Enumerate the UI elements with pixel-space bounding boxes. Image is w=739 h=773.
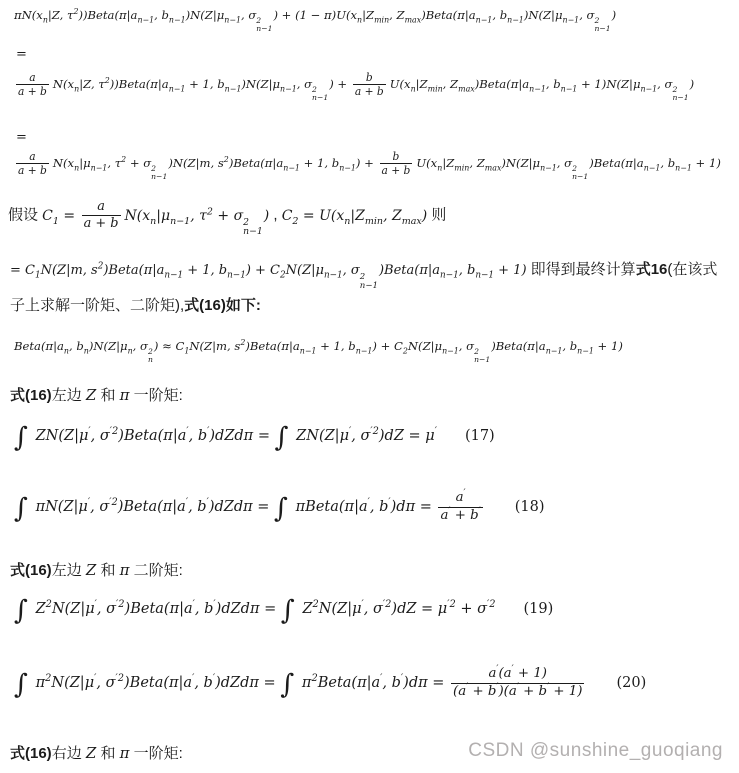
csdn-watermark: CSDN @sunshine_guoqiang (468, 740, 723, 762)
eq-19: ∫ Z2N(Z|μ′, σ′2)Beta(π|a′, b′)dZdπ = ∫ Z… (14, 601, 553, 617)
equals-sign-1: = (16, 46, 27, 62)
eq-mixture-expansion: πN(xn|Z, τ2))Beta(π|an−1, bn−1)N(Z|μn−1,… (14, 8, 616, 33)
heading-eq16-left-first-moment: 式(16)左边 Z 和 π 一阶矩: (10, 384, 183, 405)
eq-20: ∫ π2N(Z|μ′, σ′2)Beta(π|a′, b′)dZdπ = ∫ π… (14, 666, 646, 700)
heading-eq16-right-first-moment: 式(16)右边 Z 和 π 一阶矩: (10, 742, 183, 763)
equals-sign-2: = (16, 129, 27, 145)
heading-eq16-left-second-moment: 式(16)左边 Z 和 π 二阶矩: (10, 559, 183, 580)
article-math-page: πN(xn|Z, τ2))Beta(π|an−1, bn−1)N(Z|μn−1,… (0, 0, 739, 773)
def-c1-c2-line: 假设 C1 = aa + bN(xn|μn−1, τ2 + σ2n−1) , C… (8, 199, 446, 237)
eq-16-display: Beta(π|an, bn)N(Z|μn, σ2n) ≈ C1N(Z|m, s2… (14, 339, 623, 364)
paragraph-eq16-intro: = C1N(Z|m, s2)Beta(π|an−1 + 1, bn−1) + C… (10, 255, 725, 320)
eq-18: ∫ πN(Z|μ′, σ′2)Beta(π|a′, b′)dZdπ = ∫ πB… (14, 490, 545, 524)
eq-marginalized-expansion: aa + bN(xn|μn−1, τ2 + σ2n−1)N(Z|m, s2)Be… (14, 150, 721, 181)
eq-weighted-expansion: aa + bN(xn|Z, τ2))Beta(π|an−1 + 1, bn−1)… (14, 71, 694, 102)
eq-17: ∫ ZN(Z|μ′, σ′2)Beta(π|a′, b′)dZdπ = ∫ ZN… (14, 428, 495, 444)
